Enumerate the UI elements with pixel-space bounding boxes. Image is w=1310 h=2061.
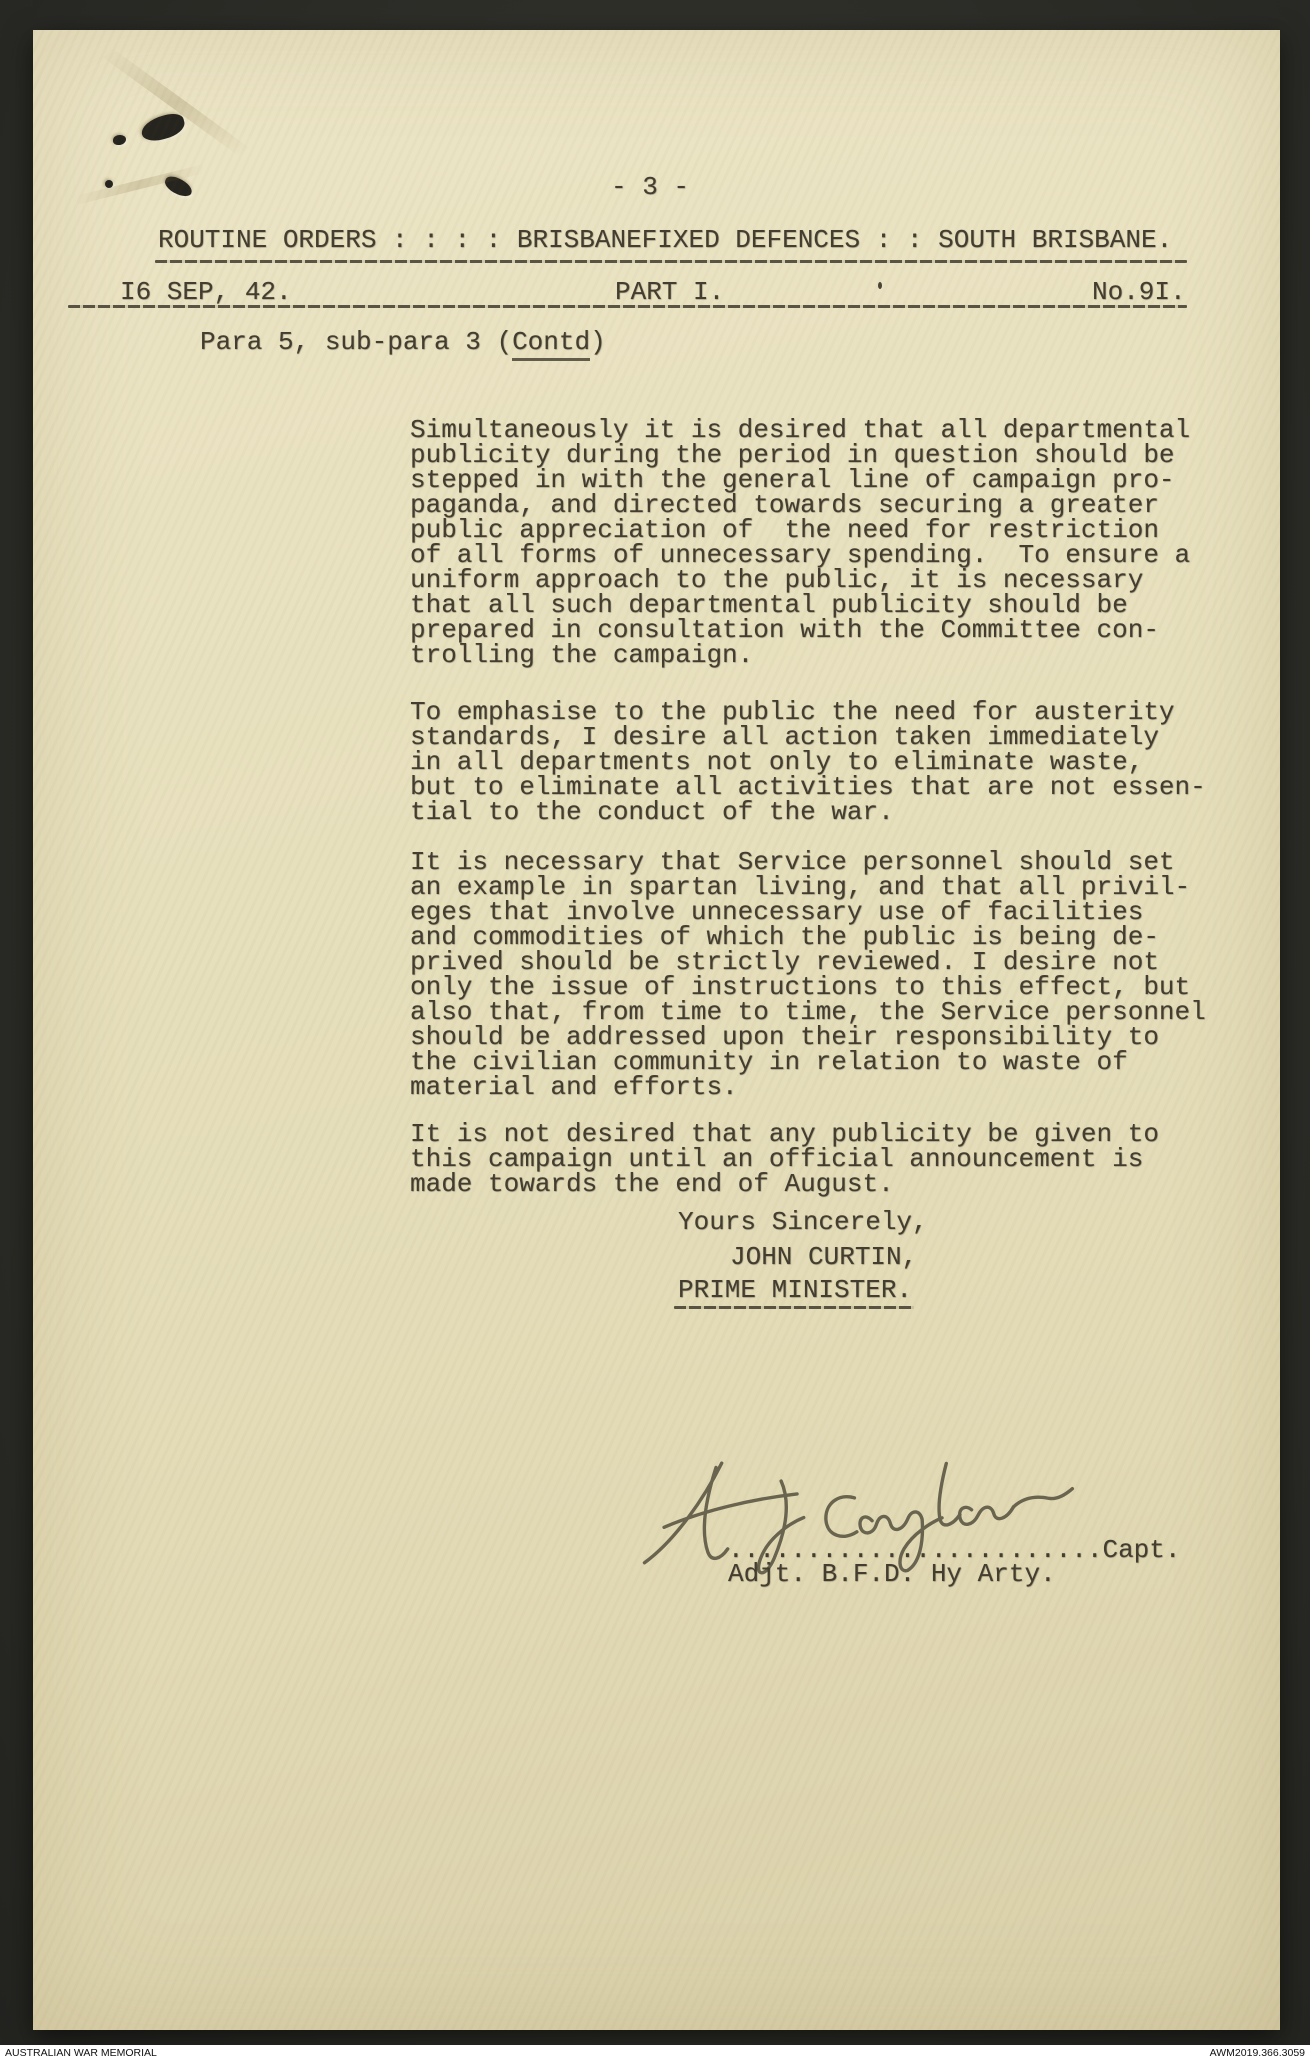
paragraph-4: It is not desired that any publicity be …: [410, 1122, 1159, 1197]
order-number: No.9I.: [1092, 280, 1186, 305]
paper-damage-hole: [139, 111, 187, 144]
archive-footer-bar: AUSTRALIAN WAR MEMORIAL AWM2019.366.3059: [0, 2045, 1310, 2061]
paragraph-1: Simultaneously it is desired that all de…: [410, 418, 1190, 668]
page-number: - 3 -: [570, 175, 730, 200]
archive-name: AUSTRALIAN WAR MEMORIAL: [5, 2047, 157, 2059]
paragraph-2: To emphasise to the public the need for …: [410, 700, 1206, 825]
scan-background: - 3 - ROUTINE ORDERS : : : : BRISBANEFIX…: [0, 0, 1310, 2061]
signature-rank: Capt.: [1102, 1535, 1180, 1565]
signature-role-line: Adjt. B.F.D. Hy Arty.: [728, 1562, 1056, 1587]
document-page: - 3 - ROUTINE ORDERS : : : : BRISBANEFIX…: [33, 30, 1280, 2030]
header-rule: [68, 305, 1187, 308]
title-underline: [155, 260, 1187, 263]
paper-damage-hole: [105, 180, 113, 188]
section-heading: Para 5, sub-para 3 (Contd): [200, 330, 606, 355]
section-heading-suffix: ): [590, 327, 606, 357]
signoff-closing: Yours Sincerely,: [678, 1210, 928, 1235]
section-heading-prefix: Para 5, sub-para 3 (: [200, 327, 512, 357]
signoff-name: JOHN CURTIN,: [730, 1245, 917, 1270]
paper-damage-hole: [113, 135, 126, 145]
paragraph-3: It is necessary that Service personnel s…: [410, 850, 1206, 1100]
paper-damage-hole: [162, 174, 195, 199]
signoff-underline: [674, 1306, 914, 1309]
document-title: ROUTINE ORDERS : : : : BRISBANEFIXED DEF…: [158, 228, 1172, 253]
part-label: PART I.: [615, 280, 724, 305]
signoff-role: PRIME MINISTER.: [678, 1278, 912, 1303]
ink-speck: [878, 282, 882, 289]
archive-id: AWM2019.366.3059: [1210, 2047, 1305, 2059]
date-label: I6 SEP, 42.: [120, 280, 292, 305]
section-heading-contd: Contd: [512, 327, 590, 361]
